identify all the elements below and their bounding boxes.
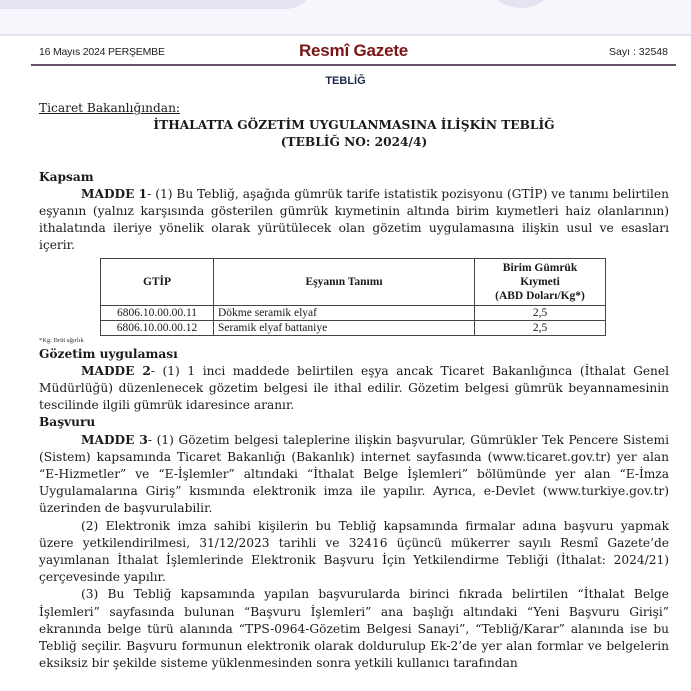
- table-row: 6806.10.00.00.12 Seramik elyaf battaniye…: [101, 320, 606, 335]
- column-header-line: Birim Gümrük: [503, 262, 577, 274]
- gtip-code: 6806.10.00.00.11: [101, 305, 214, 320]
- table-row: 6806.10.00.00.11 Dökme seramik elyaf 2,5: [101, 305, 606, 320]
- section-heading: Kapsam: [39, 169, 669, 186]
- column-header: Birim Gümrük Kıymeti (ABD Doları/Kg*): [475, 258, 606, 305]
- document-title: İTHALATTA GÖZETİM UYGULANMASINA İLİŞKİN …: [39, 117, 669, 134]
- gtip-table: GTİP Eşyanın Tanımı Birim Gümrük Kıymeti…: [100, 258, 606, 336]
- article-paragraph: (3) Bu Tebliğ kapsamında yapılan başvuru…: [39, 586, 669, 672]
- column-header-line: (ABD Doları/Kg*): [495, 290, 585, 302]
- column-header: GTİP: [101, 258, 214, 305]
- column-header-line: Kıymeti: [520, 276, 560, 288]
- toolbar-button[interactable]: [490, 0, 552, 8]
- document-number: (TEBLİĞ NO: 2024/4): [39, 134, 669, 151]
- document-body: Ticaret Bakanlığından: İTHALATTA GÖZETİM…: [39, 100, 669, 672]
- goods-description: Seramik elyaf battaniye: [214, 320, 475, 335]
- section-label: TEBLİĞ: [0, 75, 691, 87]
- article-1: MADDE 1- (1) Bu Tebliğ, aşağıda gümrük t…: [39, 186, 669, 255]
- article-3: MADDE 3- (1) Gözetim belgesi taleplerine…: [39, 432, 669, 518]
- gtip-code: 6806.10.00.00.12: [101, 320, 214, 335]
- section-heading: Gözetim uygulaması: [39, 346, 669, 363]
- article-label: MADDE 1: [81, 187, 147, 201]
- address-bar[interactable]: [0, 0, 315, 9]
- gtip-table-wrapper: GTİP Eşyanın Tanımı Birim Gümrük Kıymeti…: [100, 258, 606, 336]
- issuing-ministry: Ticaret Bakanlığından:: [39, 100, 669, 117]
- unit-value: 2,5: [475, 305, 606, 320]
- goods-description: Dökme seramik elyaf: [214, 305, 475, 320]
- article-paragraph: (2) Elektronik imza sahibi kişilerin bu …: [39, 518, 669, 587]
- gazette-title: Resmî Gazete: [31, 41, 676, 61]
- table-footnote: *Kg: Brüt ağırlık: [39, 336, 669, 346]
- section-heading: Başvuru: [39, 414, 669, 431]
- article-label: MADDE 3: [81, 433, 148, 447]
- gazette-header: 16 Mayıs 2024 PERŞEMBE Resmî Gazete Sayı…: [31, 42, 676, 66]
- issue-number: Sayı : 32548: [609, 46, 668, 58]
- browser-toolbar: [0, 0, 691, 36]
- unit-value: 2,5: [475, 320, 606, 335]
- column-header: Eşyanın Tanımı: [214, 258, 475, 305]
- article-2: MADDE 2- (1) 1 inci maddede belirtilen e…: [39, 363, 669, 415]
- article-label: MADDE 2: [81, 364, 151, 378]
